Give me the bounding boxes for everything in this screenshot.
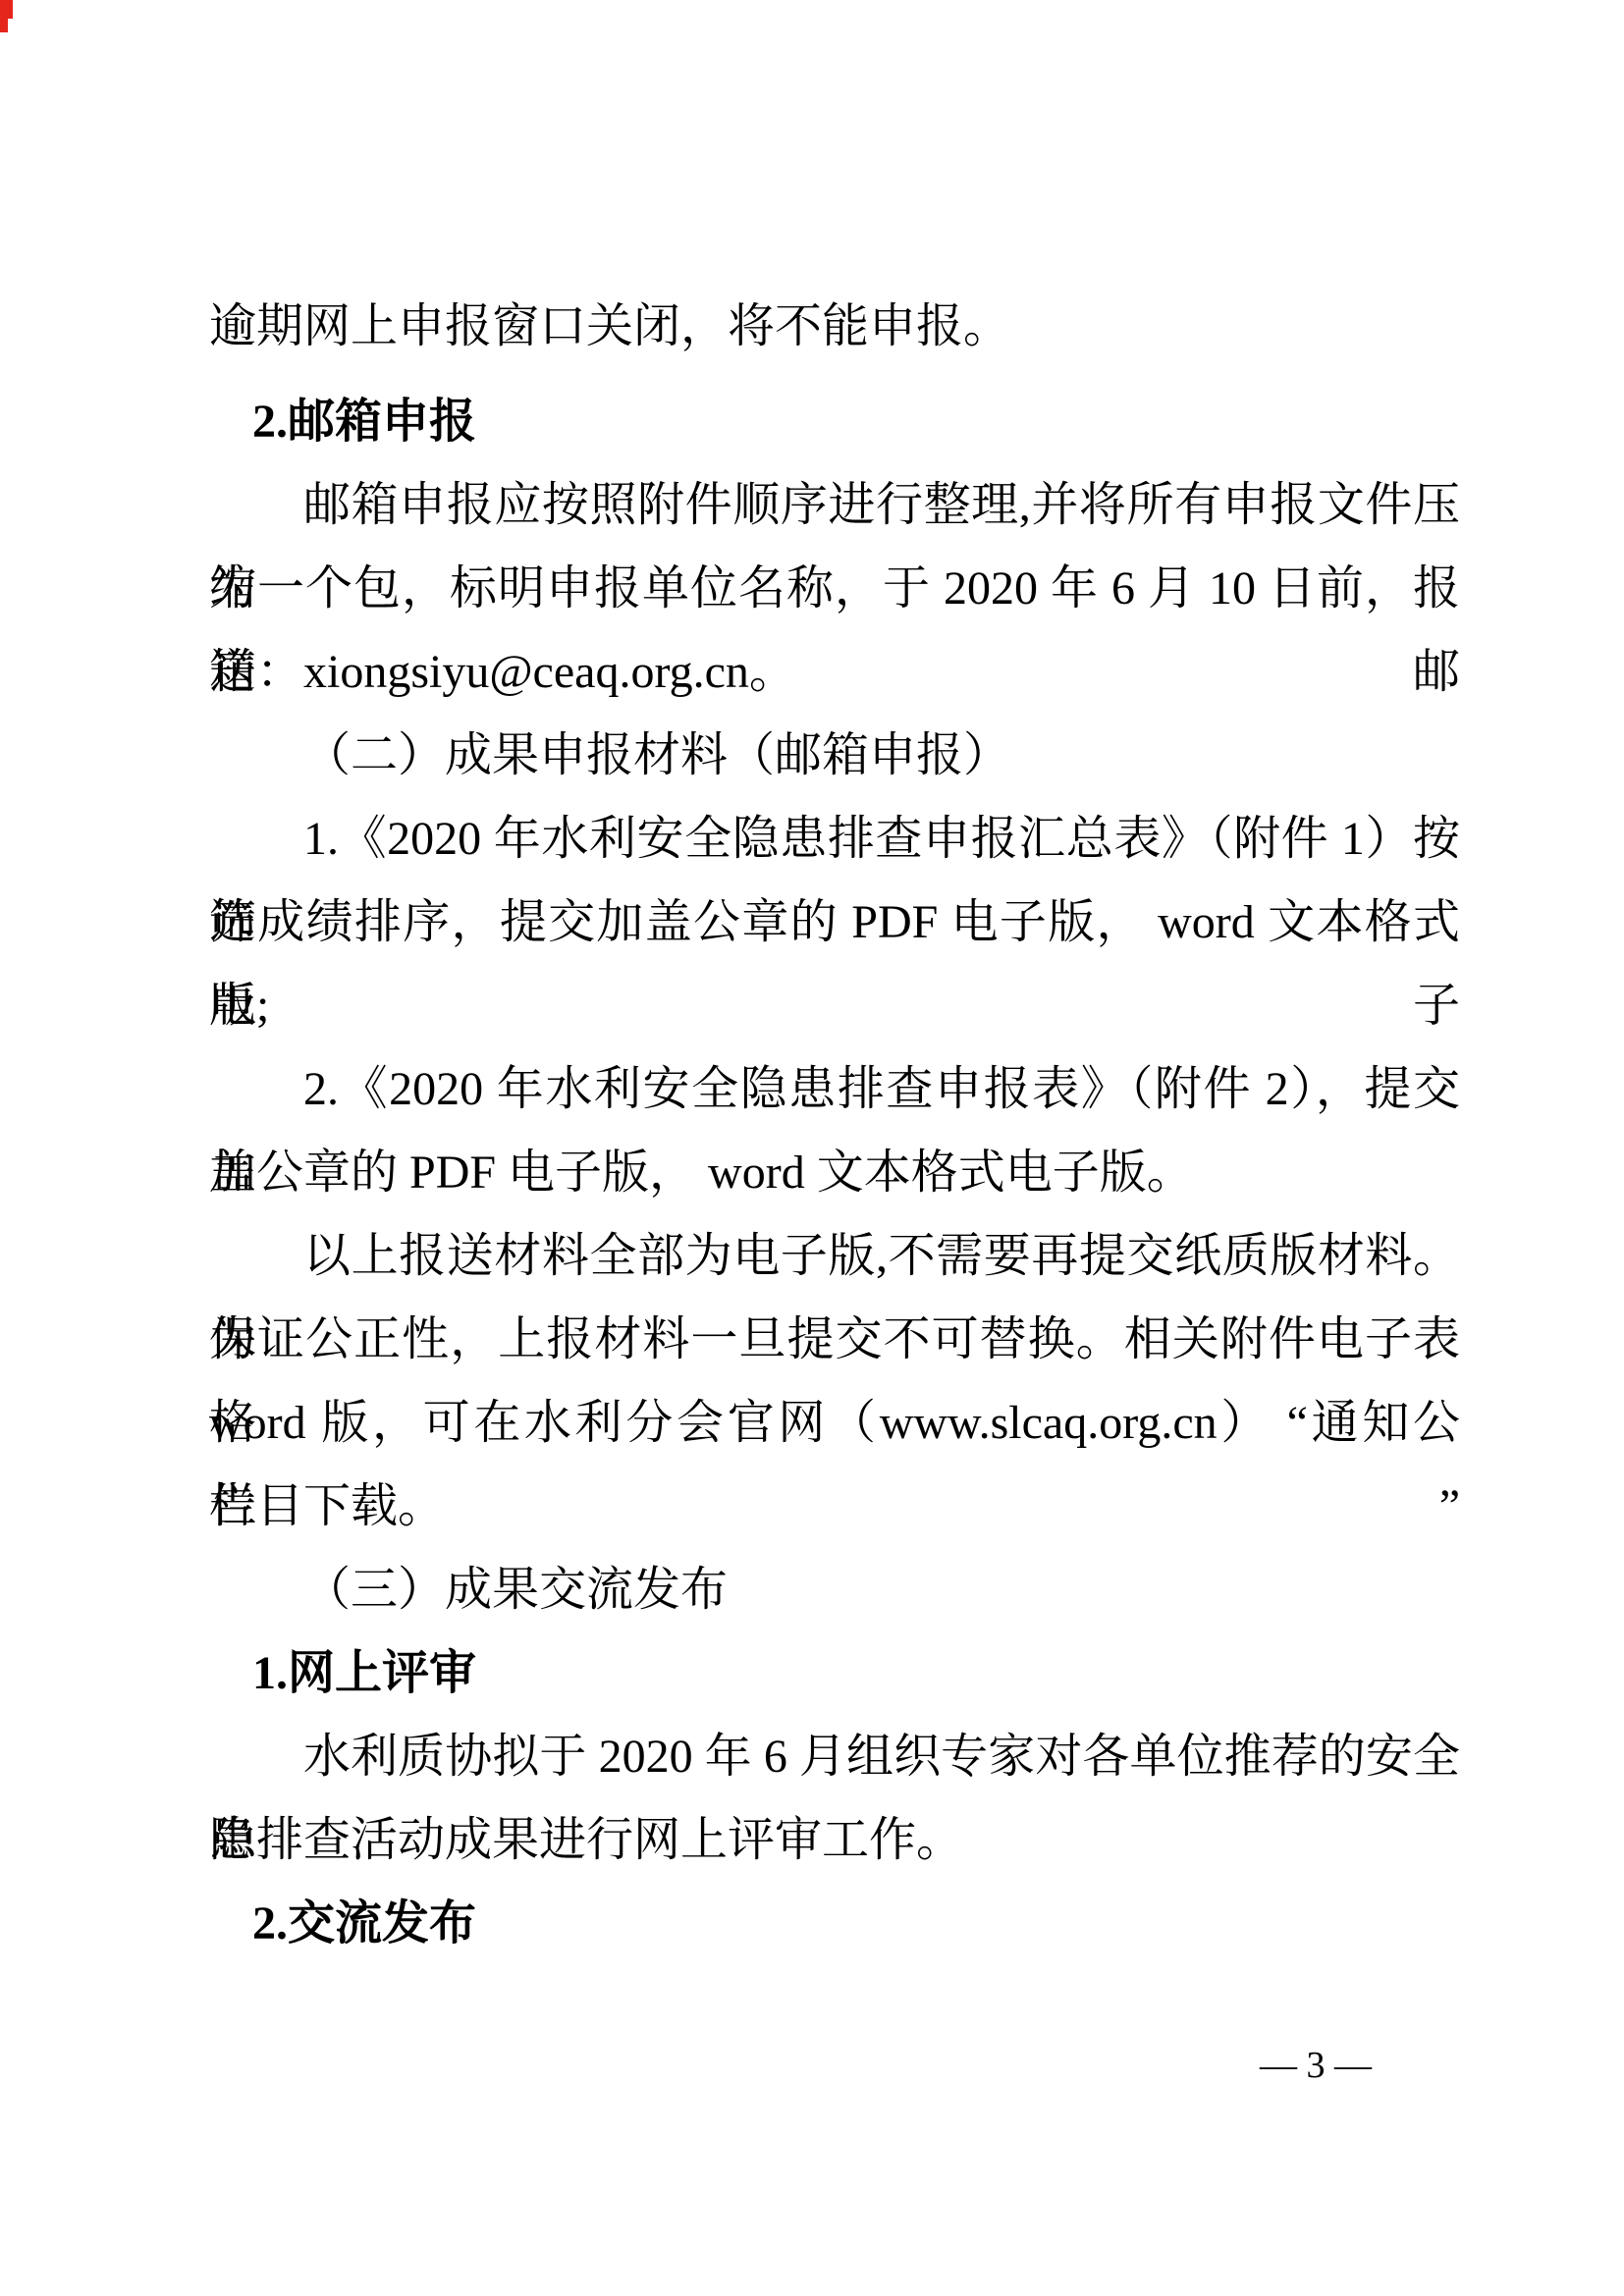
body-line-electronic-note-1: 以上报送材料全部为电子版,不需要再提交纸质版材料。为 <box>209 1214 1460 1298</box>
body-line-overdue-notice: 逾期网上申报窗口关闭，将不能申报。 <box>209 285 1460 368</box>
heading-mailbox-submission: 2.邮箱申报 <box>209 380 1460 463</box>
body-line-attachment2-2: 盖公章的 PDF 电子版， word 文本格式电子版。 <box>209 1131 1460 1214</box>
heading-exchange-release: 2.交流发布 <box>209 1882 1460 1965</box>
body-line-review-1: 水利质协拟于 2020 年 6 月组织专家对各单位推荐的安全隐 <box>209 1715 1460 1798</box>
page-number: — 3 — <box>1260 2044 1372 2087</box>
body-line-electronic-note-3: word 版，可在水利分会官网（www.slcaq.org.cn） “通知公告” <box>209 1381 1460 1465</box>
body-line-review-2: 患排查活动成果进行网上评审工作。 <box>209 1798 1460 1882</box>
body-line-attachment1-2: 选成绩排序，提交加盖公章的 PDF 电子版， word 文本格式电子 <box>209 881 1460 964</box>
body-line-mailbox-2: 为一个包，标明申报单位名称，于 2020 年 6 月 10 日前，报送邮 <box>209 547 1460 630</box>
subheading-results-release: （三）成果交流发布 <box>209 1548 1460 1631</box>
scan-artifact-bottom <box>0 19 8 32</box>
document-page: 逾期网上申报窗口关闭，将不能申报。 2.邮箱申报 邮箱申报应按照附件顺序进行整理… <box>0 0 1624 2296</box>
body-line-attachment1-1: 1.《2020 年水利安全隐患排查申报汇总表》（附件 1）按筛 <box>209 797 1460 881</box>
heading-online-review: 1.网上评审 <box>209 1631 1460 1715</box>
body-line-electronic-note-2: 保证公正性，上报材料一旦提交不可替换。相关附件电子表格 <box>209 1298 1460 1381</box>
document-body: 逾期网上申报窗口关闭，将不能申报。 2.邮箱申报 邮箱申报应按照附件顺序进行整理… <box>209 285 1460 1965</box>
body-line-attachment2-1: 2.《2020 年水利安全隐患排查申报表》（附件 2），提交加 <box>209 1047 1460 1131</box>
scan-artifact-top <box>0 0 13 19</box>
subheading-results-materials: （二）成果申报材料（邮箱申报） <box>209 714 1460 797</box>
body-line-mailbox-1: 邮箱申报应按照附件顺序进行整理,并将所有申报文件压缩 <box>209 463 1460 547</box>
